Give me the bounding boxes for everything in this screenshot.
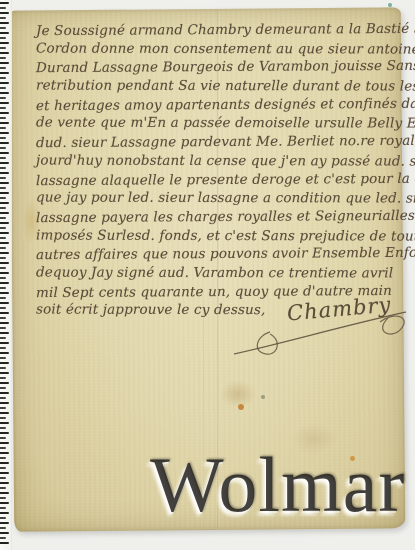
ruler-tick (0, 512, 9, 514)
ruler-tick (0, 442, 9, 444)
ruler-tick (0, 492, 9, 494)
ruler-tick (0, 417, 6, 419)
manuscript-line: lassagne alaquelle le presente deroge et… (36, 169, 408, 190)
ruler-tick (0, 112, 9, 114)
ruler-tick (0, 397, 6, 399)
manuscript-line: et heritages amoy apartenants designés e… (36, 95, 408, 116)
ruler-tick (0, 132, 9, 134)
ruler-tick (0, 387, 6, 389)
manuscript-line: Je Soussigné armand Chambry demeurant a … (36, 20, 408, 41)
ruler-tick (0, 37, 6, 39)
manuscript-line: autres affaires que nous pouvons avoir E… (36, 244, 408, 265)
ruler-tick (0, 462, 9, 464)
ruler-tick (0, 107, 6, 109)
ruler-tick (0, 327, 6, 329)
ruler-tick (0, 42, 9, 44)
ruler-tick (0, 177, 6, 179)
ruler-tick (0, 357, 6, 359)
ruler-tick (0, 317, 6, 319)
ruler-tick (0, 152, 9, 154)
ruler-tick (0, 202, 9, 204)
ruler-tick (0, 297, 6, 299)
ruler-tick (0, 277, 6, 279)
ruler-tick (0, 172, 9, 174)
ruler-tick (0, 27, 6, 29)
ruler-tick (0, 482, 9, 484)
ruler-tick (0, 487, 6, 489)
ruler-tick (0, 32, 9, 34)
ruler-tick (0, 457, 6, 459)
manuscript-line: jourd'huy nonobstant la cense que j'en a… (36, 151, 408, 171)
ruler-tick (0, 507, 6, 509)
ruler-tick (0, 77, 6, 79)
ruler-tick (0, 207, 6, 209)
manuscript-line: dequoy Jay signé aud. Varambon ce trenti… (36, 263, 408, 283)
ruler-tick (0, 257, 6, 259)
ruler-tick (0, 407, 6, 409)
ruler-tick (0, 12, 9, 14)
ruler-tick (0, 67, 6, 69)
ruler-tick (0, 502, 9, 504)
measurement-ruler (0, 0, 12, 550)
ruler-tick (0, 372, 9, 374)
ruler-tick (0, 117, 6, 119)
ruler-tick (0, 182, 9, 184)
ruler-tick (0, 92, 9, 94)
ruler-tick (0, 187, 6, 189)
ruler-tick (0, 362, 9, 364)
ruler-tick (0, 97, 6, 99)
ruler-tick (0, 517, 6, 519)
ruler-tick (0, 162, 9, 164)
manuscript-line: dud. sieur Lassagne pardevant Me. Berlie… (36, 132, 408, 153)
ruler-tick (0, 437, 6, 439)
manuscript-text: Je Soussigné armand Chambry demeurant a … (36, 21, 408, 320)
ruler-tick (0, 477, 6, 479)
ruler-tick (0, 427, 6, 429)
ruler-tick (0, 247, 6, 249)
ruler-tick (0, 237, 6, 239)
ruler-tick (0, 127, 6, 129)
ruler-tick (0, 532, 9, 534)
ruler-tick (0, 527, 6, 529)
ruler-tick (0, 157, 6, 159)
manuscript-line: imposés Surlesd. fonds, et c'est Sans pr… (36, 226, 408, 246)
ruler-tick (0, 542, 9, 544)
ruler-tick (0, 367, 6, 369)
manuscript-line: Durand Lassagne Bourgeois de Varambon jo… (36, 57, 408, 78)
ruler-tick (0, 2, 9, 4)
ruler-tick (0, 302, 9, 304)
ruler-tick (0, 137, 6, 139)
ruler-tick (0, 282, 9, 284)
ruler-tick (0, 422, 9, 424)
ruler-tick (0, 267, 6, 269)
ruler-tick (0, 212, 9, 214)
ruler-tick (0, 272, 9, 274)
ruler-tick (0, 197, 6, 199)
photo-background: { "scene": { "kind": "scanned archival m… (0, 0, 415, 550)
ruler-tick (0, 292, 9, 294)
ruler-tick (0, 447, 6, 449)
ruler-tick (0, 497, 6, 499)
ruler-tick (0, 167, 6, 169)
ruler-tick (0, 307, 6, 309)
ruler-tick (0, 522, 9, 524)
ruler-tick (0, 322, 9, 324)
ruler-tick (0, 412, 9, 414)
ruler-tick (0, 102, 9, 104)
ruler-tick (0, 352, 9, 354)
ruler-tick (0, 287, 6, 289)
ruler-tick (0, 332, 9, 334)
ruler-tick (0, 122, 9, 124)
ruler-tick (0, 252, 9, 254)
signature-flourish (230, 292, 415, 362)
ruler-tick (0, 402, 9, 404)
ruler-tick (0, 432, 9, 434)
ruler-tick (0, 222, 9, 224)
ruler-tick (0, 192, 9, 194)
ruler-tick (0, 147, 6, 149)
ruler-tick (0, 472, 9, 474)
ruler-tick (0, 337, 6, 339)
manuscript-line: de vente que m'En a passée demoiselle ur… (36, 114, 408, 134)
ruler-tick (0, 227, 6, 229)
ruler-tick (0, 22, 9, 24)
ruler-tick (0, 232, 9, 234)
ruler-tick (0, 142, 9, 144)
ruler-tick (0, 452, 9, 454)
ruler-tick (0, 7, 6, 9)
ruler-tick (0, 347, 6, 349)
ruler-tick (0, 82, 9, 84)
manuscript-line: que jay pour led. sieur lassagne a condi… (36, 189, 408, 209)
ruler-tick (0, 342, 9, 344)
ruler-tick (0, 47, 6, 49)
ruler-tick (0, 312, 9, 314)
ruler-tick (0, 87, 6, 89)
ruler-tick (0, 52, 9, 54)
ruler-tick (0, 377, 6, 379)
ruler-tick (0, 467, 6, 469)
dust-speck (388, 3, 392, 7)
ruler-tick (0, 17, 6, 19)
ruler-tick (0, 217, 6, 219)
ruler-tick (0, 62, 9, 64)
ruler-tick (0, 392, 9, 394)
manuscript-line: Cordon donne mon consentement au que sie… (36, 39, 408, 59)
ruler-tick (0, 262, 9, 264)
ruler-tick (0, 57, 6, 59)
ruler-tick (0, 382, 9, 384)
ruler-tick (0, 72, 9, 74)
manuscript-line: lassagne payera les charges royalles et … (36, 207, 408, 228)
ruler-tick (0, 537, 6, 539)
ruler-tick (0, 242, 9, 244)
manuscript-line: retribution pendant Sa vie naturelle dur… (36, 77, 408, 97)
